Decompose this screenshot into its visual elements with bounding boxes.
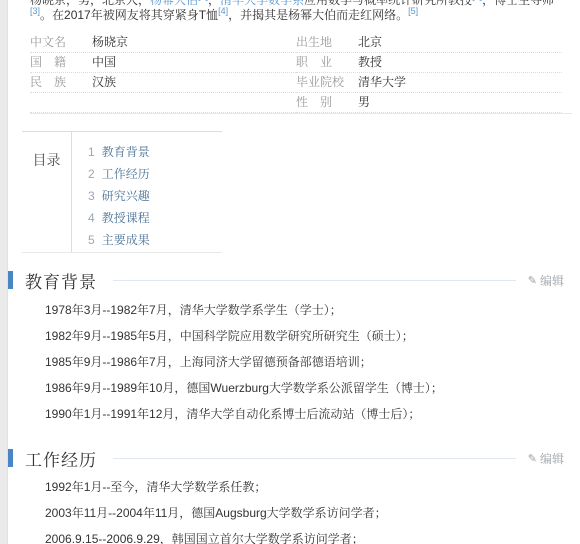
basic-info-box: 中文名 杨晓京 国 籍 中国 民 族 汉族 出生地 北京 职 业 教授 [30,33,562,113]
info-value: 清华大学 [358,73,406,92]
info-label: 国 籍 [30,53,92,72]
section-accent-bar [8,449,13,467]
info-label: 毕业院校 [296,73,358,92]
citation-ref-3[interactable]: [3] [30,6,40,16]
info-row-occupation: 职 业 教授 [296,53,562,73]
info-label: 民 族 [30,73,92,92]
section-accent-bar [8,271,13,289]
edit-pencil-icon: ✎ [528,452,537,465]
work-entry: 2006.9.15--2006.9.29，韩国国立首尔大学数学系访问学者； [45,526,564,544]
info-row-chinese-name: 中文名 杨晓京 [30,33,296,53]
info-row-birthplace: 出生地 北京 [296,33,562,53]
edit-button-label: 编辑 [540,450,564,467]
toc-item-label[interactable]: 工作经历 [102,167,150,181]
toc-item-label[interactable]: 主要成果 [102,233,150,247]
info-row-gender: 性 别 男 [296,93,562,113]
edit-button-education[interactable]: ✎ 编辑 [528,272,564,289]
toc-item-achievements[interactable]: 5主要成果 [88,229,150,251]
section-header-work: 工作经历 ✎ 编辑 [8,448,564,468]
toc-item-courses[interactable]: 4教授课程 [88,207,150,229]
toc-item-number: 3 [88,189,95,203]
toc-item-number: 4 [88,211,95,225]
info-value: 杨晓京 [92,33,128,52]
info-value: 教授 [358,53,382,72]
toc-item-education[interactable]: 1教育背景 [88,141,150,163]
toc-box: 目录 1教育背景 2工作经历 3研究兴趣 4教授课程 5主要成果 [22,131,222,253]
page-left-gutter [0,0,8,544]
education-entry: 1982年9月--1985年5月，中国科学院应用数学研究所研究生（硕士）； [45,323,564,349]
education-entry: 1986年9月--1989年10月，德国Wuerzburg大学数学系公派留学生（… [45,375,564,401]
toc-title: 目录 [22,132,72,252]
edit-button-label: 编辑 [540,272,564,289]
citation-ref-5[interactable]: [5] [408,6,418,16]
toc-item-work[interactable]: 2工作经历 [88,163,150,185]
toc-item-label[interactable]: 研究兴趣 [102,189,150,203]
education-entry: 1985年9月--1986年7月，上海同济大学留德预备部德语培训； [45,349,564,375]
citation-ref-2[interactable]: [2] [472,0,482,1]
intro-text: 友将其穿紧身T恤 [127,8,218,22]
education-entry-list: 1978年3月--1982年7月，清华大学数学系学生（学士）； 1982年9月-… [45,297,564,427]
info-value: 汉族 [92,73,116,92]
toc-item-number: 5 [88,233,95,247]
inline-link-tsinghua-math[interactable]: 清华大学数学系 [220,0,304,7]
info-right-column: 出生地 北京 职 业 教授 毕业院校 清华大学 性 别 男 [296,33,562,113]
citation-ref-4[interactable]: [4] [218,6,228,16]
info-value: 中国 [92,53,116,72]
intro-text: ，博士生导师 [482,0,554,7]
intro-paragraph: 杨晓京，男，北京人，杨幂大伯[1]，清华大学数学系应用数学与概率统计研究所教授[… [30,0,564,23]
info-row-nationality: 国 籍 中国 [30,53,296,73]
infobox-bottom-divider [30,113,572,114]
citation-ref-1[interactable]: [1] [198,0,208,1]
inline-link-yangmi-dabo[interactable]: 杨幂大伯 [150,0,198,7]
info-row-empty [30,93,296,113]
toc-item-number: 2 [88,167,95,181]
info-label: 性 别 [296,93,358,112]
edit-button-work[interactable]: ✎ 编辑 [528,450,564,467]
education-entry: 1978年3月--1982年7月，清华大学数学系学生（学士）； [45,297,564,323]
section-header-education: 教育背景 ✎ 编辑 [8,270,564,290]
section-title: 教育背景 [25,268,97,293]
info-left-column: 中文名 杨晓京 国 籍 中国 民 族 汉族 [30,33,296,113]
info-label: 职 业 [296,53,358,72]
toc-item-label[interactable]: 教授课程 [102,211,150,225]
info-value: 男 [358,93,370,112]
intro-text: 杨晓京，男，北京人， [30,0,150,7]
toc-item-label[interactable]: 教育背景 [102,145,150,159]
info-row-alma-mater: 毕业院校 清华大学 [296,73,562,93]
intro-text: 。在2017年被网 [40,8,127,22]
section-title: 工作经历 [25,446,97,471]
work-entry-list: 1992年1月--至今，清华大学数学系任教； 2003年11月--2004年11… [45,474,564,544]
work-entry: 2003年11月--2004年11月，德国Augsburg大学数学系访问学者； [45,500,564,526]
work-entry: 1992年1月--至今，清华大学数学系任教； [45,474,564,500]
info-label: 出生地 [296,33,358,52]
intro-text: 应用数学与概率统计研究所教授 [304,0,472,7]
toc-item-research[interactable]: 3研究兴趣 [88,185,150,207]
toc-item-number: 1 [88,145,95,159]
baike-article-page: 杨晓京，男，北京人，杨幂大伯[1]，清华大学数学系应用数学与概率统计研究所教授[… [0,0,580,544]
intro-text: ，并揭其是杨幂大伯而走红网络。 [228,8,408,22]
section-rule [113,458,516,459]
info-value: 北京 [358,33,382,52]
education-entry: 1990年1月--1991年12月，清华大学自动化系博士后流动站（博士后）； [45,401,564,427]
toc-list: 1教育背景 2工作经历 3研究兴趣 4教授课程 5主要成果 [72,132,150,252]
edit-pencil-icon: ✎ [528,274,537,287]
section-rule [113,280,516,281]
info-row-ethnicity: 民 族 汉族 [30,73,296,93]
info-label: 中文名 [30,33,92,52]
